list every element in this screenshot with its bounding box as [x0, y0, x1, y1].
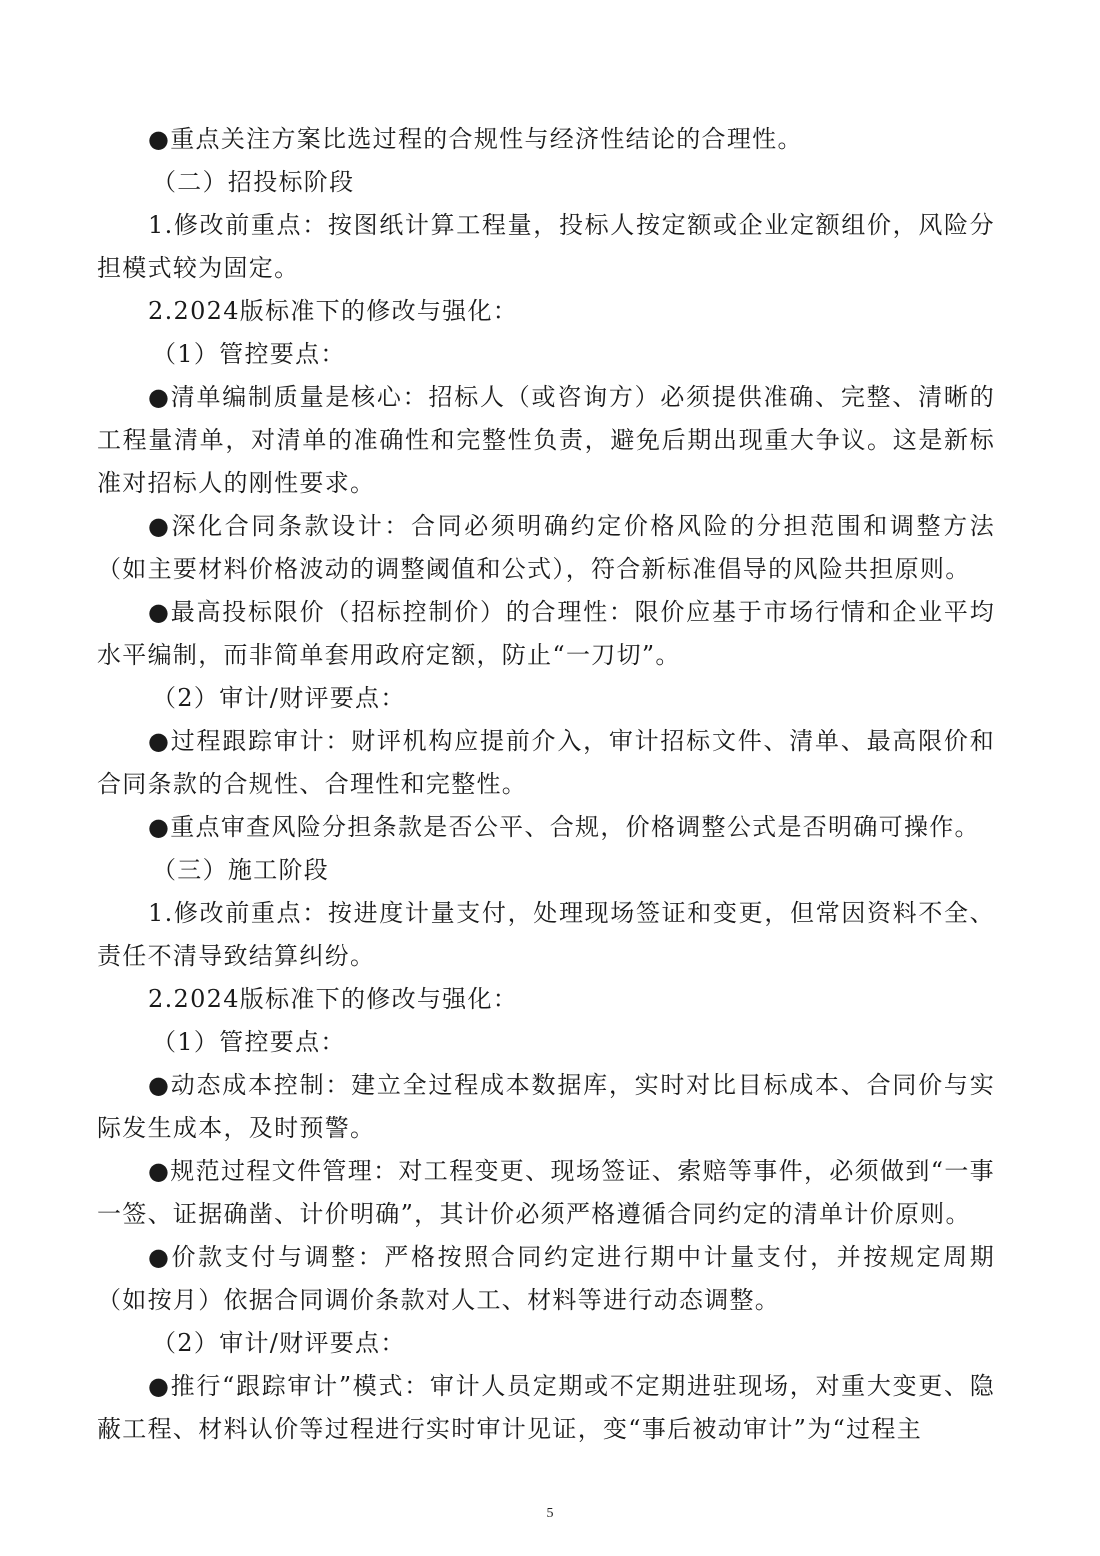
section-heading-bidding-stage: （二）招投标阶段: [97, 161, 995, 204]
subheading-audit-points: （2）审计/财评要点：: [97, 1322, 995, 1365]
bullet-paragraph: ●推行“跟踪审计”模式：审计人员定期或不定期进驻现场，对重大变更、隐蔽工程、材料…: [97, 1365, 995, 1451]
bullet-paragraph: ●重点关注方案比选过程的合规性与经济性结论的合理性。: [97, 118, 995, 161]
document-page-body: ●重点关注方案比选过程的合规性与经济性结论的合理性。 （二）招投标阶段 1.修改…: [97, 118, 995, 1451]
section-heading-construction-stage: （三）施工阶段: [97, 849, 995, 892]
bullet-paragraph: ●最高投标限价（招标控制价）的合理性：限价应基于市场行情和企业平均水平编制，而非…: [97, 591, 995, 677]
body-paragraph: 1.修改前重点：按进度计量支付，处理现场签证和变更，但常因资料不全、责任不清导致…: [97, 892, 995, 978]
bullet-paragraph: ●价款支付与调整：严格按照合同约定进行期中计量支付，并按规定周期（如按月）依据合…: [97, 1236, 995, 1322]
page-number: 5: [0, 1506, 1100, 1522]
bullet-paragraph: ●重点审查风险分担条款是否公平、合规，价格调整公式是否明确可操作。: [97, 806, 995, 849]
bullet-paragraph: ●过程跟踪审计：财评机构应提前介入，审计招标文件、清单、最高限价和合同条款的合规…: [97, 720, 995, 806]
bullet-paragraph: ●规范过程文件管理：对工程变更、现场签证、索赔等事件，必须做到“一事一签、证据确…: [97, 1150, 995, 1236]
bullet-paragraph: ●清单编制质量是核心：招标人（或咨询方）必须提供准确、完整、清晰的工程量清单，对…: [97, 376, 995, 505]
body-paragraph: 2.2024版标准下的修改与强化：: [97, 978, 995, 1021]
body-paragraph: 2.2024版标准下的修改与强化：: [97, 290, 995, 333]
bullet-paragraph: ●深化合同条款设计：合同必须明确约定价格风险的分担范围和调整方法（如主要材料价格…: [97, 505, 995, 591]
subheading-audit-points: （2）审计/财评要点：: [97, 677, 995, 720]
subheading-control-points: （1）管控要点：: [97, 333, 995, 376]
body-paragraph: 1.修改前重点：按图纸计算工程量，投标人按定额或企业定额组价，风险分担模式较为固…: [97, 204, 995, 290]
bullet-paragraph: ●动态成本控制：建立全过程成本数据库，实时对比目标成本、合同价与实际发生成本，及…: [97, 1064, 995, 1150]
subheading-control-points: （1）管控要点：: [97, 1021, 995, 1064]
